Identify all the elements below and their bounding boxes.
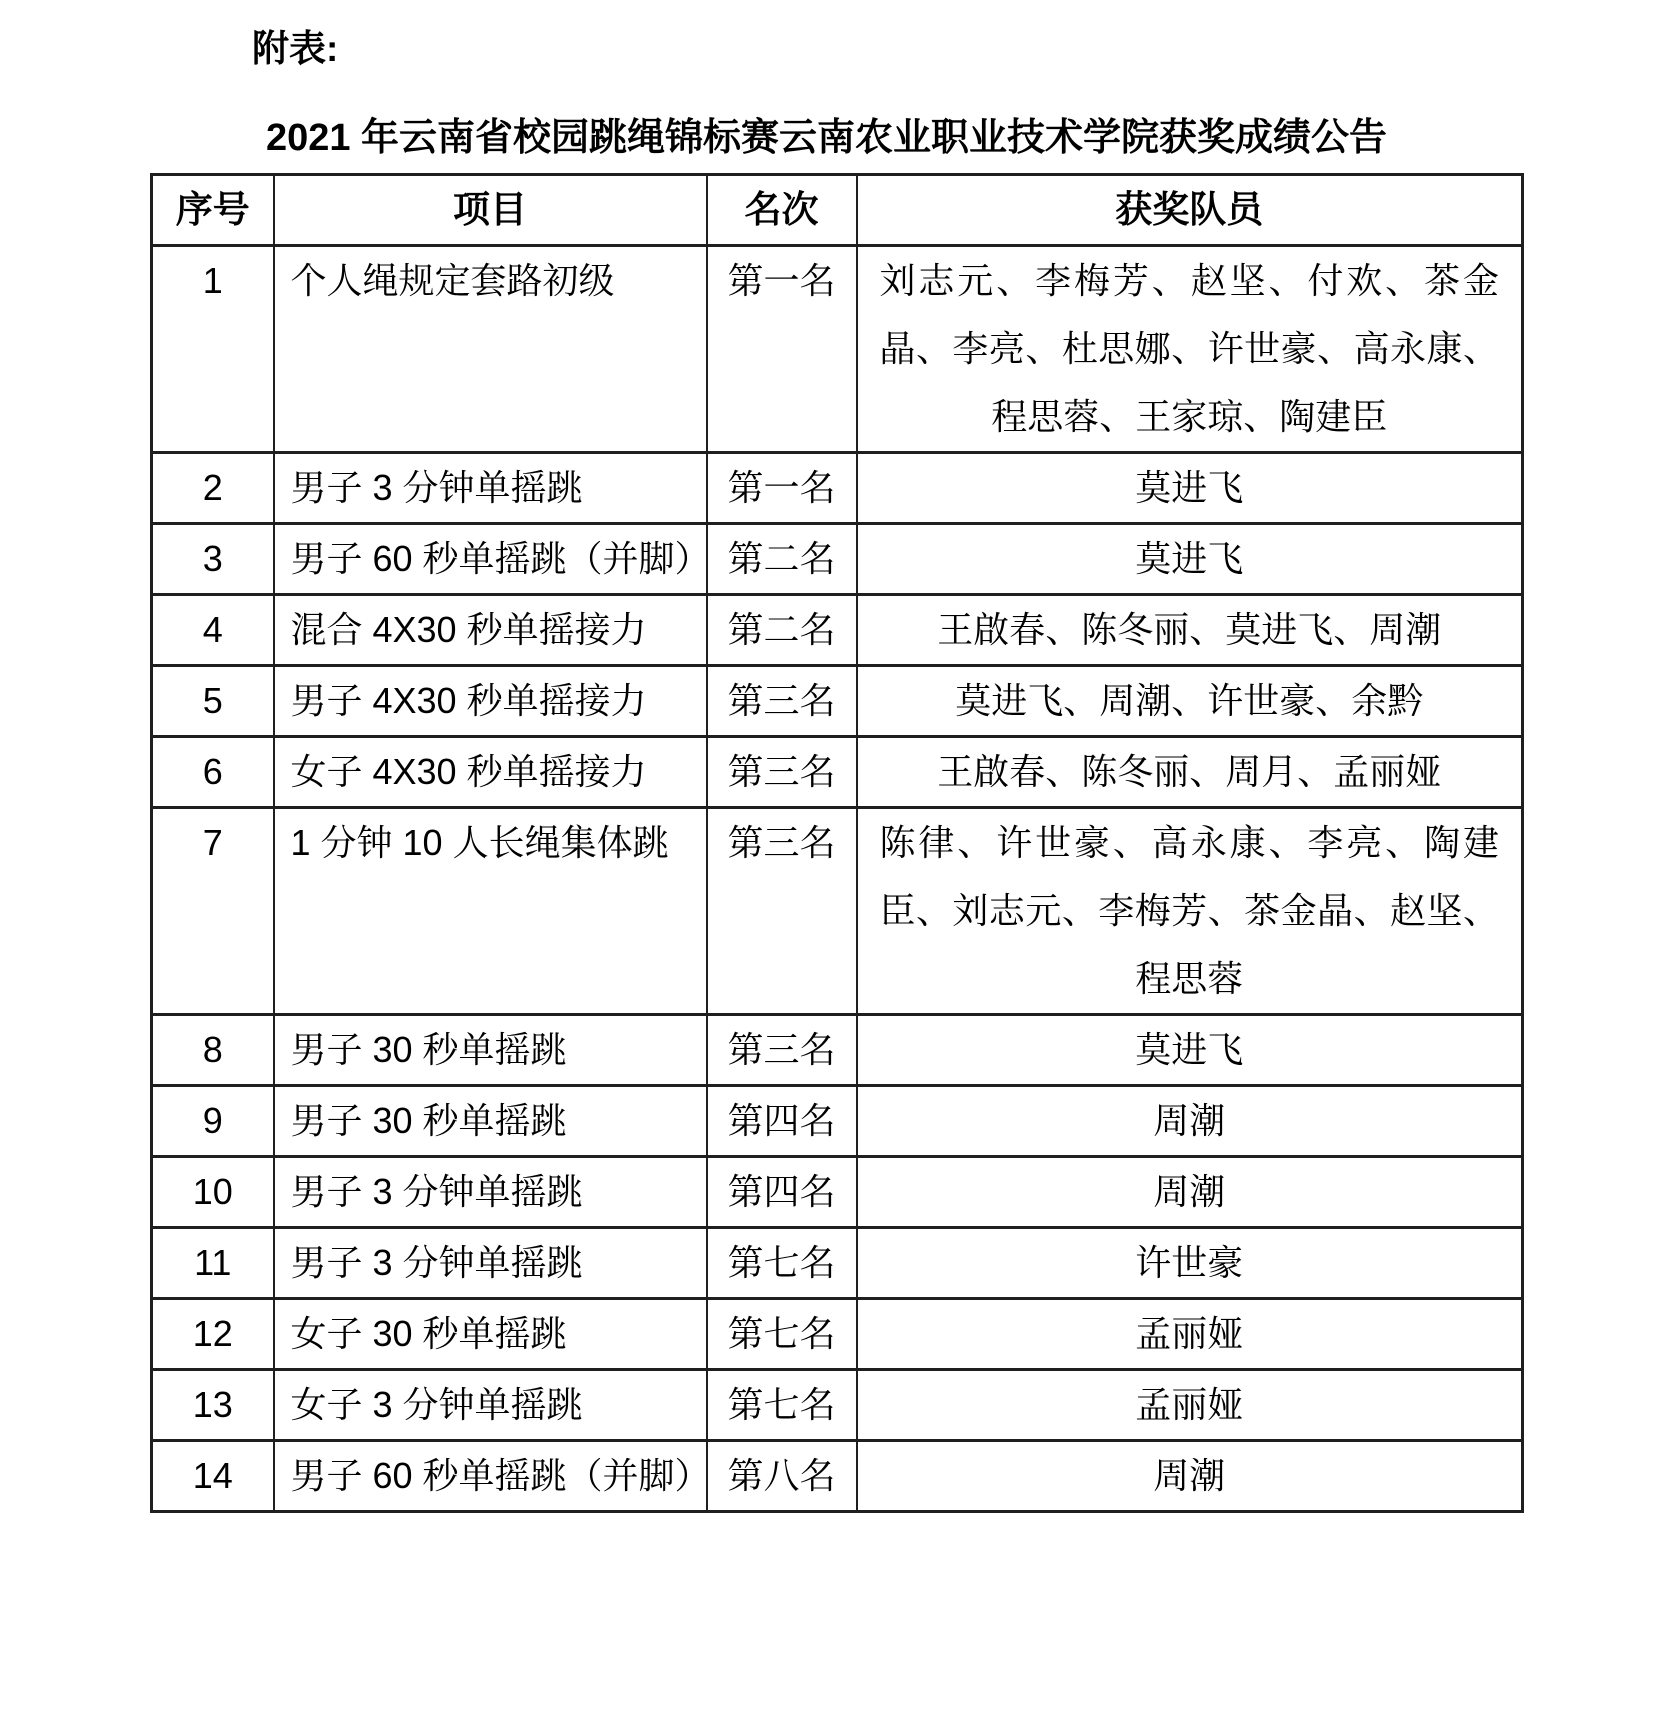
cell-no: 2 (152, 453, 274, 524)
cell-rank: 第一名 (707, 246, 857, 453)
table-row: 5 男子 4X30 秒单摇接力 第三名 莫进飞、周潮、许世豪、余黔 (152, 666, 1523, 737)
cell-members: 莫进飞 (857, 1015, 1523, 1086)
cell-event: 个人绳规定套路初级 (274, 246, 707, 453)
cell-no: 4 (152, 595, 274, 666)
table-row: 11 男子 3 分钟单摇跳 第七名 许世豪 (152, 1228, 1523, 1299)
appendix-label: 附表: (252, 26, 338, 72)
cell-rank: 第八名 (707, 1441, 857, 1512)
cell-members: 孟丽娅 (857, 1299, 1523, 1370)
cell-rank: 第三名 (707, 808, 857, 1015)
column-header-rank: 名次 (707, 175, 857, 246)
cell-event: 男子 30 秒单摇跳 (274, 1015, 707, 1086)
cell-event: 男子 4X30 秒单摇接力 (274, 666, 707, 737)
cell-members: 莫进飞、周潮、许世豪、余黔 (857, 666, 1523, 737)
table-row: 14 男子 60 秒单摇跳（并脚） 第八名 周潮 (152, 1441, 1523, 1512)
table-row: 1 个人绳规定套路初级 第一名 刘志元、李梅芳、赵坚、付欢、茶金晶、李亮、杜思娜… (152, 246, 1523, 453)
cell-event: 女子 4X30 秒单摇接力 (274, 737, 707, 808)
table-row: 2 男子 3 分钟单摇跳 第一名 莫进飞 (152, 453, 1523, 524)
cell-event: 男子 60 秒单摇跳（并脚） (274, 1441, 707, 1512)
cell-event: 女子 30 秒单摇跳 (274, 1299, 707, 1370)
table-row: 6 女子 4X30 秒单摇接力 第三名 王啟春、陈冬丽、周月、孟丽娅 (152, 737, 1523, 808)
page-title: 2021 年云南省校园跳绳锦标赛云南农业职业技术学院获奖成绩公告 (0, 113, 1653, 163)
cell-rank: 第七名 (707, 1370, 857, 1441)
cell-rank: 第二名 (707, 595, 857, 666)
cell-no: 7 (152, 808, 274, 1015)
cell-members: 陈律、许世豪、高永康、李亮、陶建臣、刘志元、李梅芳、茶金晶、赵坚、程思蓉 (857, 808, 1523, 1015)
cell-rank: 第三名 (707, 666, 857, 737)
table-row: 7 1 分钟 10 人长绳集体跳 第三名 陈律、许世豪、高永康、李亮、陶建臣、刘… (152, 808, 1523, 1015)
cell-event: 女子 3 分钟单摇跳 (274, 1370, 707, 1441)
cell-event: 男子 3 分钟单摇跳 (274, 453, 707, 524)
table-row: 9 男子 30 秒单摇跳 第四名 周潮 (152, 1086, 1523, 1157)
column-header-no: 序号 (152, 175, 274, 246)
cell-no: 1 (152, 246, 274, 453)
table-body: 1 个人绳规定套路初级 第一名 刘志元、李梅芳、赵坚、付欢、茶金晶、李亮、杜思娜… (152, 246, 1523, 1512)
cell-no: 8 (152, 1015, 274, 1086)
column-header-event: 项目 (274, 175, 707, 246)
table-row: 8 男子 30 秒单摇跳 第三名 莫进飞 (152, 1015, 1523, 1086)
table-row: 4 混合 4X30 秒单摇接力 第二名 王啟春、陈冬丽、莫进飞、周潮 (152, 595, 1523, 666)
cell-members: 周潮 (857, 1157, 1523, 1228)
cell-rank: 第七名 (707, 1299, 857, 1370)
cell-rank: 第四名 (707, 1086, 857, 1157)
cell-rank: 第三名 (707, 1015, 857, 1086)
cell-no: 10 (152, 1157, 274, 1228)
cell-members: 许世豪 (857, 1228, 1523, 1299)
table-row: 12 女子 30 秒单摇跳 第七名 孟丽娅 (152, 1299, 1523, 1370)
cell-members: 莫进飞 (857, 524, 1523, 595)
cell-event: 男子 3 分钟单摇跳 (274, 1157, 707, 1228)
cell-members: 王啟春、陈冬丽、周月、孟丽娅 (857, 737, 1523, 808)
cell-no: 14 (152, 1441, 274, 1512)
cell-no: 12 (152, 1299, 274, 1370)
table-row: 13 女子 3 分钟单摇跳 第七名 孟丽娅 (152, 1370, 1523, 1441)
cell-no: 13 (152, 1370, 274, 1441)
cell-no: 6 (152, 737, 274, 808)
table-row: 10 男子 3 分钟单摇跳 第四名 周潮 (152, 1157, 1523, 1228)
results-table: 序号 项目 名次 获奖队员 1 个人绳规定套路初级 第一名 刘志元、李梅芳、赵坚… (150, 173, 1524, 1513)
cell-no: 11 (152, 1228, 274, 1299)
cell-event: 1 分钟 10 人长绳集体跳 (274, 808, 707, 1015)
cell-event: 男子 30 秒单摇跳 (274, 1086, 707, 1157)
cell-rank: 第一名 (707, 453, 857, 524)
cell-rank: 第七名 (707, 1228, 857, 1299)
cell-event: 混合 4X30 秒单摇接力 (274, 595, 707, 666)
table-row: 3 男子 60 秒单摇跳（并脚） 第二名 莫进飞 (152, 524, 1523, 595)
cell-members: 王啟春、陈冬丽、莫进飞、周潮 (857, 595, 1523, 666)
cell-rank: 第三名 (707, 737, 857, 808)
cell-rank: 第四名 (707, 1157, 857, 1228)
document-page: 附表: 2021 年云南省校园跳绳锦标赛云南农业职业技术学院获奖成绩公告 序号 … (0, 0, 1653, 1729)
column-header-members: 获奖队员 (857, 175, 1523, 246)
cell-members: 莫进飞 (857, 453, 1523, 524)
cell-event: 男子 3 分钟单摇跳 (274, 1228, 707, 1299)
table-header: 序号 项目 名次 获奖队员 (152, 175, 1523, 246)
cell-members: 孟丽娅 (857, 1370, 1523, 1441)
cell-rank: 第二名 (707, 524, 857, 595)
cell-no: 5 (152, 666, 274, 737)
cell-members: 周潮 (857, 1086, 1523, 1157)
cell-members: 周潮 (857, 1441, 1523, 1512)
table-header-row: 序号 项目 名次 获奖队员 (152, 175, 1523, 246)
cell-no: 3 (152, 524, 274, 595)
cell-no: 9 (152, 1086, 274, 1157)
cell-members: 刘志元、李梅芳、赵坚、付欢、茶金晶、李亮、杜思娜、许世豪、高永康、程思蓉、王家琼… (857, 246, 1523, 453)
cell-event: 男子 60 秒单摇跳（并脚） (274, 524, 707, 595)
